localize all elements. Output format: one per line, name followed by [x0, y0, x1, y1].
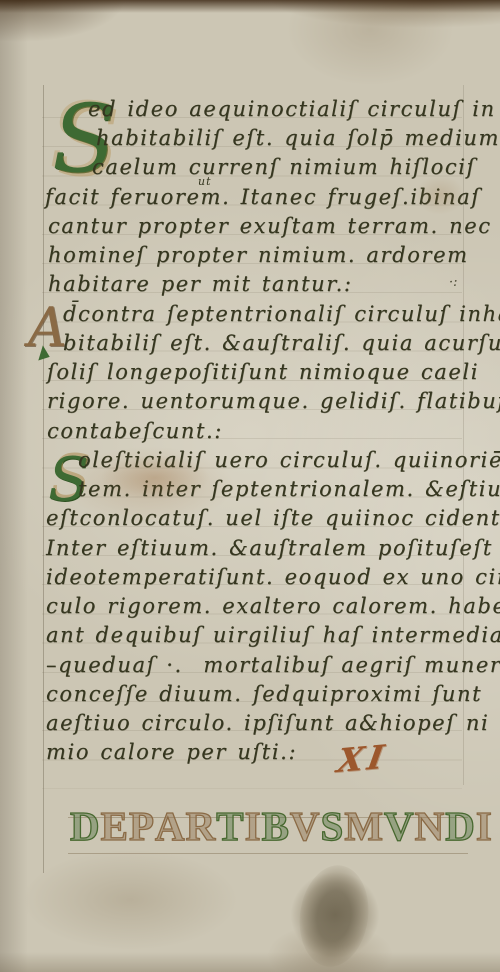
title-letter: D	[70, 803, 101, 849]
text-line: rigore. uentorumque. gelidiſ. flatibuſ	[47, 388, 500, 414]
title-letter: M	[344, 803, 384, 849]
text-line: habitabiliſ eſt. quia ſolp̄ medium	[96, 125, 500, 151]
chapter-numeral-xi: XI	[335, 740, 390, 777]
title-letter: R	[186, 803, 217, 849]
title-letter: I	[476, 803, 493, 849]
title-letter: A	[155, 803, 186, 849]
text-line: contabeſcunt.:	[47, 418, 223, 444]
text-line: habitare per mit tantur.:	[48, 271, 353, 297]
text-line: ideotemperatiſunt. eoquod ex uno cir	[46, 564, 500, 590]
text-line: Inter eſtiuum. &auſtralem poſituſeſt	[46, 535, 493, 561]
title-letter: T	[216, 803, 244, 849]
text-line: conceſſe diuum. ſedquiproximi ſunt	[46, 681, 482, 707]
title-letter: V	[290, 803, 321, 849]
text-line: homineſ propter nimium. ardorem	[48, 242, 469, 268]
text-line: –queduaſ ·. mortalibuſ aegriſ munere	[46, 652, 500, 678]
initial-a: A	[28, 301, 67, 355]
text-line: aeſtiuo circulo. ipſiſunt a&hiopeſ ni	[46, 710, 489, 736]
text-line: mio calore per uſti.:	[46, 739, 297, 765]
title-letter: E	[101, 803, 129, 849]
title-letter: P	[129, 803, 155, 849]
manuscript-page: S A S ed ideo aequinoctialiſ circuluſ in…	[0, 0, 500, 972]
title-guide-line-bottom	[68, 853, 468, 854]
title-letter: B	[262, 803, 290, 849]
title-letter: S	[321, 803, 345, 849]
title-letter: I	[245, 803, 262, 849]
text-line: caelum currenſ nimium hiſlociſ	[92, 154, 476, 180]
text-line: d̄contra ſeptentrionaliſ circuluſ inha	[63, 301, 500, 327]
title-letter: D	[445, 803, 476, 849]
marginal-mark: ·:	[449, 276, 458, 289]
parchment-stain-brown	[100, 455, 210, 500]
parchment-stain-oval	[293, 861, 375, 971]
text-line: eſtconlocatuſ. uel iſte quiinoc cidente.	[46, 505, 500, 531]
text-line: ſoliſ longepoſitiſunt nimioque caeli	[47, 359, 479, 385]
text-line: culo rigorem. exaltero calorem. habe	[46, 593, 500, 619]
chapter-title: DEPARTIBVSMVNDI	[70, 803, 466, 851]
ruling-line-left	[43, 85, 44, 873]
text-line: ant dequibuſ uirgiliuſ haſ intermediam	[46, 622, 500, 648]
parchment-stain-small	[415, 175, 465, 215]
text-line: cantur propter exuſtam terram. nec	[48, 213, 492, 239]
title-letter: N	[415, 803, 446, 849]
text-line: bitabiliſ eſt. &auſtraliſ. quia acurſu	[63, 330, 500, 356]
text-line: ed ideo aequinoctialiſ circuluſ in	[88, 96, 496, 122]
title-letter: V	[384, 803, 415, 849]
interlinear-gloss-ut: ut	[198, 176, 212, 187]
